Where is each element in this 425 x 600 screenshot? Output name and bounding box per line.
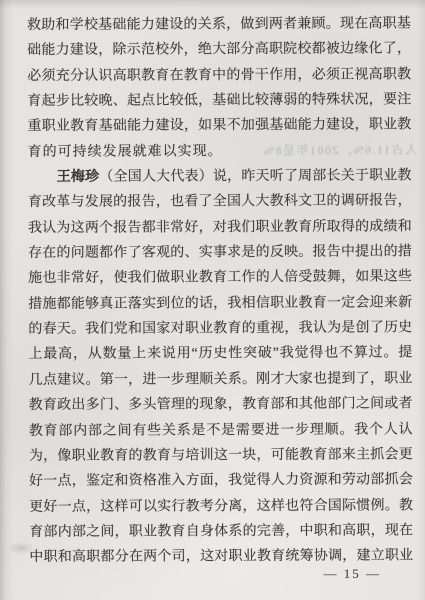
text-line: 救助和学校基础能力建设的关系，做到两者兼顾。现在高职基 (27, 11, 411, 38)
page-text: 救助和学校基础能力建设的关系，做到两者兼顾。现在高职基础能力建设，除示范校外，绝… (27, 11, 413, 570)
ink-smudge (8, 542, 34, 554)
text-line: 必须充分认识高职教育在教育中的骨干作用，必须正视高职教 (27, 62, 411, 89)
page-number: — 15 — (324, 566, 382, 582)
text-line: 重职业教育基础能力建设，如果不加强基础能力建设，职业教 (27, 113, 411, 140)
text-line: 施也非常好，使我们做职业教育工作的人倍受鼓舞，如果这些 (28, 265, 412, 292)
text-line: 教育政出多门、多头管理的现象，教育部和其他部门之间或者 (29, 391, 413, 418)
text-line: 教育部内部之间有些关系是不是需要进一步理顺。我个人认 (29, 417, 413, 444)
text-line: 存在的问题都作了客观的、实事求是的反映。报告中提出的措 (28, 239, 412, 266)
text-line: 育部内部之间，职业教育自身体系的完善，中职和高职，现在 (29, 518, 413, 545)
text-line: 为，像职业教育的教育与培训这一块，可能教育部来主抓会更 (29, 442, 413, 469)
text-line: 措施都能够真正落实到位的话，我相信职业教育一定会迎来新 (28, 290, 412, 317)
text-line: 更好一点，这样可以实行教考分离，这样也符合国际惯例。教 (29, 493, 413, 520)
text-line: 上最高，从数量上来说用“历史性突破”我觉得也不算过。提 (28, 341, 412, 368)
text-line: 的春天。我们党和国家对职业教育的重视，我认为是创了历史 (28, 315, 412, 342)
text-line: 育改革与发展的报告，也看了全国人大教科文卫的调研报告， (28, 189, 412, 216)
text-line: 育的可持续发展就难以实现。 (28, 138, 412, 165)
document-page: 人占11.6%，2001年是8% 救助和学校基础能力建设的关系，做到两者兼顾。现… (0, 0, 425, 600)
text-line: 几点建议。第一，进一步理顺关系。刚才大家也提到了，职业 (29, 366, 413, 393)
text-line: 我认为这两个报告都非常好，对我们职业教育所取得的成绩和 (28, 214, 412, 241)
text-line: 王梅珍（全国人大代表）说，昨天听了周部长关于职业教 (28, 163, 412, 190)
text-line: 好一点，鉴定和资格准入方面，我觉得人力资源和劳动部抓会 (29, 468, 413, 495)
text-line: 础能力建设，除示范校外，绝大部分高职院校都被边缘化了， (27, 37, 411, 64)
text-line: 育起步比较晚、起点比较低，基础比较薄弱的特殊状况，要注 (27, 87, 411, 114)
speaker-name: 王梅珍 (57, 170, 100, 185)
